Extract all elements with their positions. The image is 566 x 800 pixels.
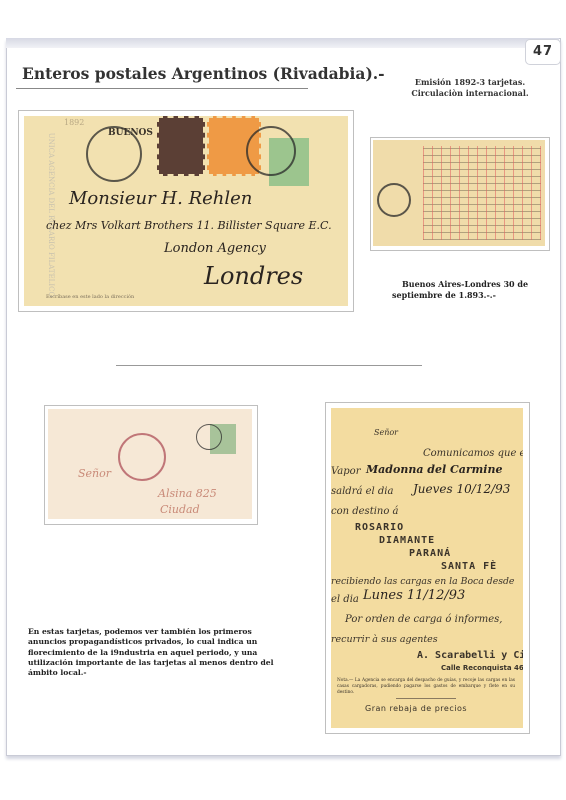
card4-sale-label: saldrá el dia	[331, 486, 393, 497]
address-line-2: chez Mrs Volkart Brothers 11. Billister …	[46, 219, 332, 232]
card4-agent: A. Scarabelli y Cia.	[417, 650, 523, 661]
card2-caption: Buenos Aires-Londres 30 de septiembre de…	[392, 279, 528, 300]
card4-orden: Por orden de carga ó informes,	[345, 614, 502, 625]
card4-line1: Comunicamos que el	[423, 448, 523, 459]
section-divider	[116, 365, 422, 366]
destination-4: SANTA FÈ	[441, 561, 497, 572]
commentary-note: En estas tarjetas, podemos ver también l…	[28, 627, 288, 678]
card1-footer-print: Escríbase en este lado la dirección	[46, 294, 134, 300]
card4-address: Calle Reconquista 46.	[441, 664, 523, 672]
card2-reverse	[373, 140, 545, 246]
destination-3: PARANÁ	[409, 548, 451, 559]
card4-recibiendo: recibiendo las cargas en la Boca desde	[331, 576, 514, 587]
card4-footer: Gran rebaja de precios	[365, 704, 467, 713]
emission-line-1: Emisión 1892-3 tarjetas.	[395, 77, 545, 88]
title-underline	[16, 88, 308, 89]
sheet-protector-edge	[6, 38, 559, 48]
card4-vapor-label: Vapor	[331, 466, 360, 477]
page-number: 47	[525, 39, 561, 65]
card4-nota-rule	[396, 698, 456, 699]
card4-destino-label: con destino á	[331, 506, 399, 517]
card4-salutation: Señor	[374, 428, 398, 437]
card3-postmark-red	[118, 433, 166, 481]
card3-handwriting-3: Ciudad	[160, 503, 200, 516]
card4-dia-label: el dia	[331, 594, 359, 605]
card4-sale-value: Jueves 10/12/93	[413, 482, 510, 496]
stamp-brown	[157, 116, 205, 176]
card2-handwriting	[423, 146, 541, 240]
card3-handwriting-1: Señor	[78, 467, 111, 480]
caption-line-2: septiembre de 1.893.-.-	[392, 290, 528, 301]
card4-advert-card: Señor Comunicamos que el Vapor Madonna d…	[331, 408, 523, 728]
card3-postcard: Señor Alsina 825 Ciudad	[48, 409, 252, 519]
postmark-on-stamps	[246, 126, 296, 176]
emission-caption: Emisión 1892-3 tarjetas. Circulaciòn int…	[395, 77, 545, 99]
address-line-4: Londres	[204, 262, 303, 290]
card3-postmark-black	[196, 424, 222, 450]
card4-nota: Nota.— La Agencia se encarga del despach…	[337, 678, 515, 696]
card4-vapor-value: Madonna del Carmine	[366, 463, 502, 476]
card3-handwriting-2: Alsina 825	[158, 487, 217, 500]
card4-recurrir: recurrir à sus agentes	[331, 634, 438, 645]
destination-2: DIAMANTE	[379, 535, 435, 546]
address-line-3: London Agency	[164, 241, 266, 256]
card2-postmark	[377, 183, 411, 217]
postmark-text: BUENOS	[108, 128, 153, 138]
card1-postcard: 1892 BUENOS UNICA AGENCIA DEL ROSARIO FI…	[24, 116, 348, 306]
emission-line-2: Circulaciòn internacional.	[395, 88, 545, 99]
destination-1: ROSARIO	[355, 522, 404, 533]
address-line-1: Monsieur H. Rehlen	[69, 188, 252, 209]
pencil-note: 1892	[64, 118, 84, 127]
page-title: Enteros postales Argentinos (Rivadabia).…	[22, 64, 385, 83]
caption-line-1: Buenos Aires-Londres 30 de	[392, 279, 528, 290]
card4-dia-value: Lunes 11/12/93	[363, 588, 465, 603]
side-printed-text: UNICA AGENCIA DEL ROSARIO FILATELICO	[47, 133, 55, 297]
